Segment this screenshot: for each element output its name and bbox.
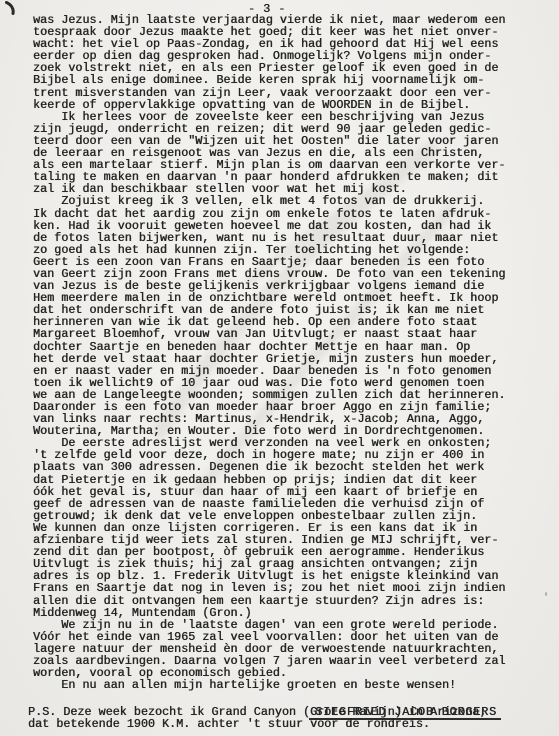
postscript: P.S. Deze week bezocht ik Grand Canyon (… — [28, 706, 486, 730]
ink-mark-top-left — [4, 1, 18, 15]
ink-mark-right-edge: ' — [543, 593, 549, 604]
letter-body: was Jezus. Mijn laatste verjaardag vierd… — [33, 14, 505, 691]
letter-page: - 3 - was Jezus. Mijn laatste verjaardag… — [0, 0, 559, 736]
